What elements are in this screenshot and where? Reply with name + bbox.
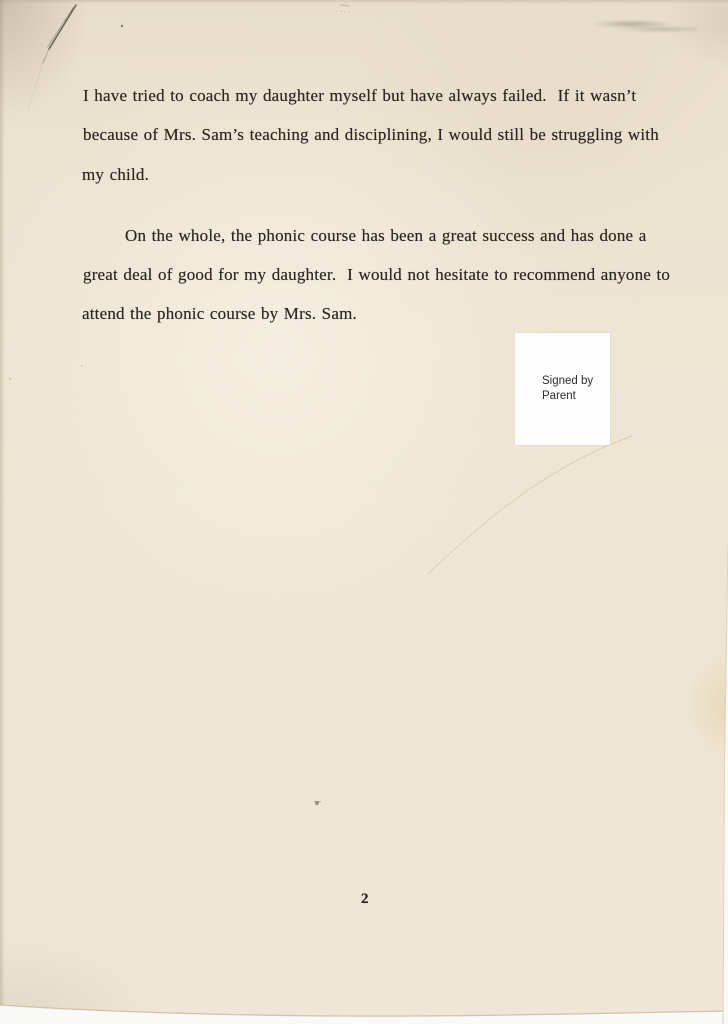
paper-speck <box>81 365 83 367</box>
signed-box-line: Signed by <box>542 374 610 389</box>
pencil-speck <box>340 5 349 6</box>
signed-box-line: Parent <box>542 389 610 404</box>
ink-speck <box>121 25 123 27</box>
page-number: 2 <box>361 891 369 908</box>
pen-scratch-mark <box>0 0 728 1024</box>
paper-crease <box>428 436 632 574</box>
body-line: On the whole, the phonic course has been… <box>125 226 647 246</box>
body-line: great deal of good for my daughter. I wo… <box>83 265 670 285</box>
body-line: because of Mrs. Sam’s teaching and disci… <box>83 125 659 145</box>
body-line: I have tried to coach my daughter myself… <box>83 86 636 106</box>
scanned-document-page: I have tried to coach my daughter myself… <box>0 0 728 1024</box>
body-line: my child. <box>82 165 149 185</box>
gray-speck <box>315 801 319 805</box>
signature-redaction-box: Signed by Parent <box>515 333 610 445</box>
paper-bottom-edge <box>0 998 728 1024</box>
paper-right-edge <box>720 0 728 1024</box>
body-line: attend the phonic course by Mrs. Sam. <box>82 304 357 324</box>
paper-speck <box>9 378 11 380</box>
pencil-smudge <box>592 16 698 36</box>
